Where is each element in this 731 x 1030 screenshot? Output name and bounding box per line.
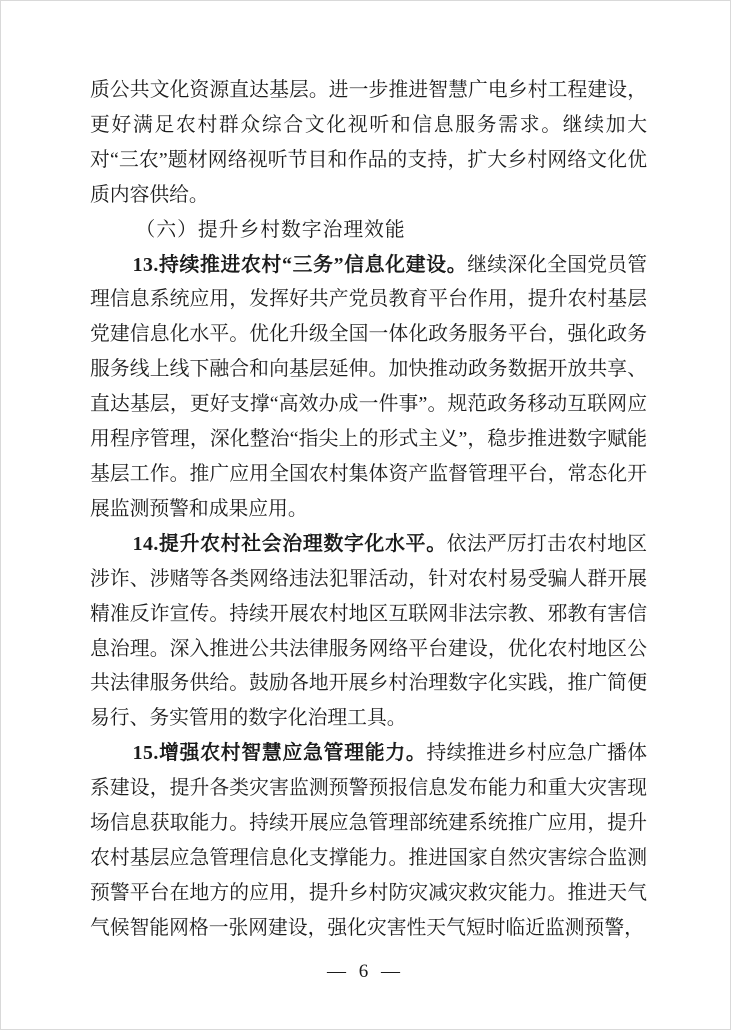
item-14-title: 14.提升农村社会治理数字化水平。 <box>133 533 447 555</box>
item-15-paragraph: 15.增强农村智慧应急管理能力。持续推进乡村应急广播体系建设，提升各类灾害监测预… <box>90 736 647 945</box>
item-15-body: 持续推进乡村应急广播体系建设，提升各类灾害监测预警预报信息发布能力和重大灾害现场… <box>90 742 647 939</box>
item-15-title: 15.增强农村智慧应急管理能力。 <box>133 742 427 764</box>
item-13-body: 继续深化全国党员管理信息系统应用，发挥好共产党员教育平台作用，提升农村基层党建信… <box>90 254 647 520</box>
item-14-paragraph: 14.提升农村社会治理数字化水平。依法严厉打击农村地区涉诈、涉赌等各类网络违法犯… <box>90 527 647 736</box>
item-13-title: 13.持续推进农村“三务”信息化建设。 <box>133 254 468 276</box>
page-number: — 6 — <box>327 961 404 982</box>
continuation-paragraph: 质公共文化资源直达基层。进一步推进智慧广电乡村工程建设，更好满足农村群众综合文化… <box>90 73 647 213</box>
item-14-body: 依法严厉打击农村地区涉诈、涉赌等各类网络违法犯罪活动，针对农村易受骗人群开展精准… <box>90 533 647 730</box>
document-body: 质公共文化资源直达基层。进一步推进智慧广电乡村工程建设，更好满足农村群众综合文化… <box>90 73 647 946</box>
item-13-paragraph: 13.持续推进农村“三务”信息化建设。继续深化全国党员管理信息系统应用，发挥好共… <box>90 248 647 527</box>
page-footer: — 6 — <box>1 961 730 983</box>
section-heading: （六）提升乡村数字治理效能 <box>90 213 647 248</box>
document-page: 质公共文化资源直达基层。进一步推进智慧广电乡村工程建设，更好满足农村群众综合文化… <box>0 0 731 1030</box>
